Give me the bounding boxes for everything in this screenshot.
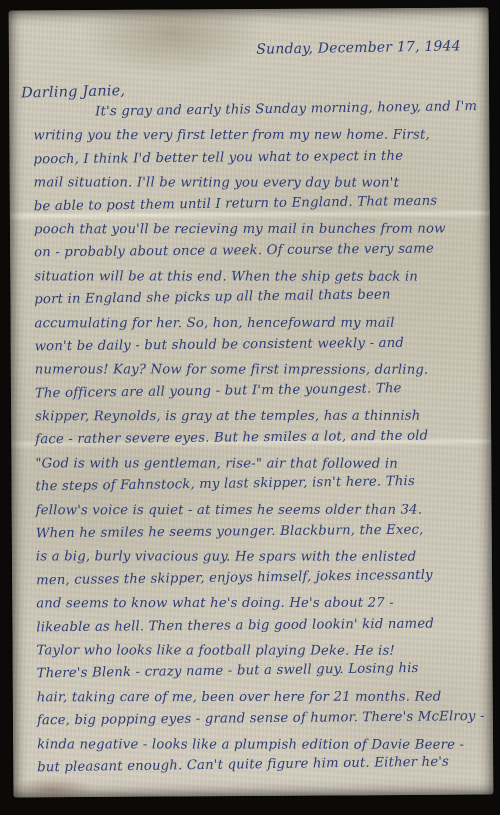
letter-line: It's gray and early this Sunday morning,…	[33, 95, 489, 125]
letter-page: Sunday, December 17, 1944 Darling Janie,…	[9, 8, 494, 798]
letter-line: the steps of Fahnstock, my last skipper,…	[35, 469, 491, 499]
letter-line: There's Blenk - crazy name - but a swell…	[36, 656, 492, 686]
letter-line: face - rather severe eyes. But he smiles…	[35, 424, 491, 452]
letter-line: port in England she picks up all the mai…	[34, 282, 490, 312]
letter-line: won't be daily - but should be consisten…	[35, 331, 491, 359]
letter-line: on - probably about once a week. Of cour…	[34, 237, 490, 265]
letter-line: likeable as hell. Then theres a big good…	[36, 612, 492, 640]
letter-line: face, big popping eyes - grand sense of …	[37, 705, 493, 733]
letter-line: When he smiles he seems younger. Blackbu…	[36, 518, 492, 546]
letter-body: It's gray and early this Sunday morning,…	[33, 99, 493, 780]
letter-line: pooch, I think I'd better tell you what …	[33, 144, 489, 172]
photo-background: Sunday, December 17, 1944 Darling Janie,…	[0, 0, 500, 815]
letter-date: Sunday, December 17, 1944	[9, 38, 461, 61]
